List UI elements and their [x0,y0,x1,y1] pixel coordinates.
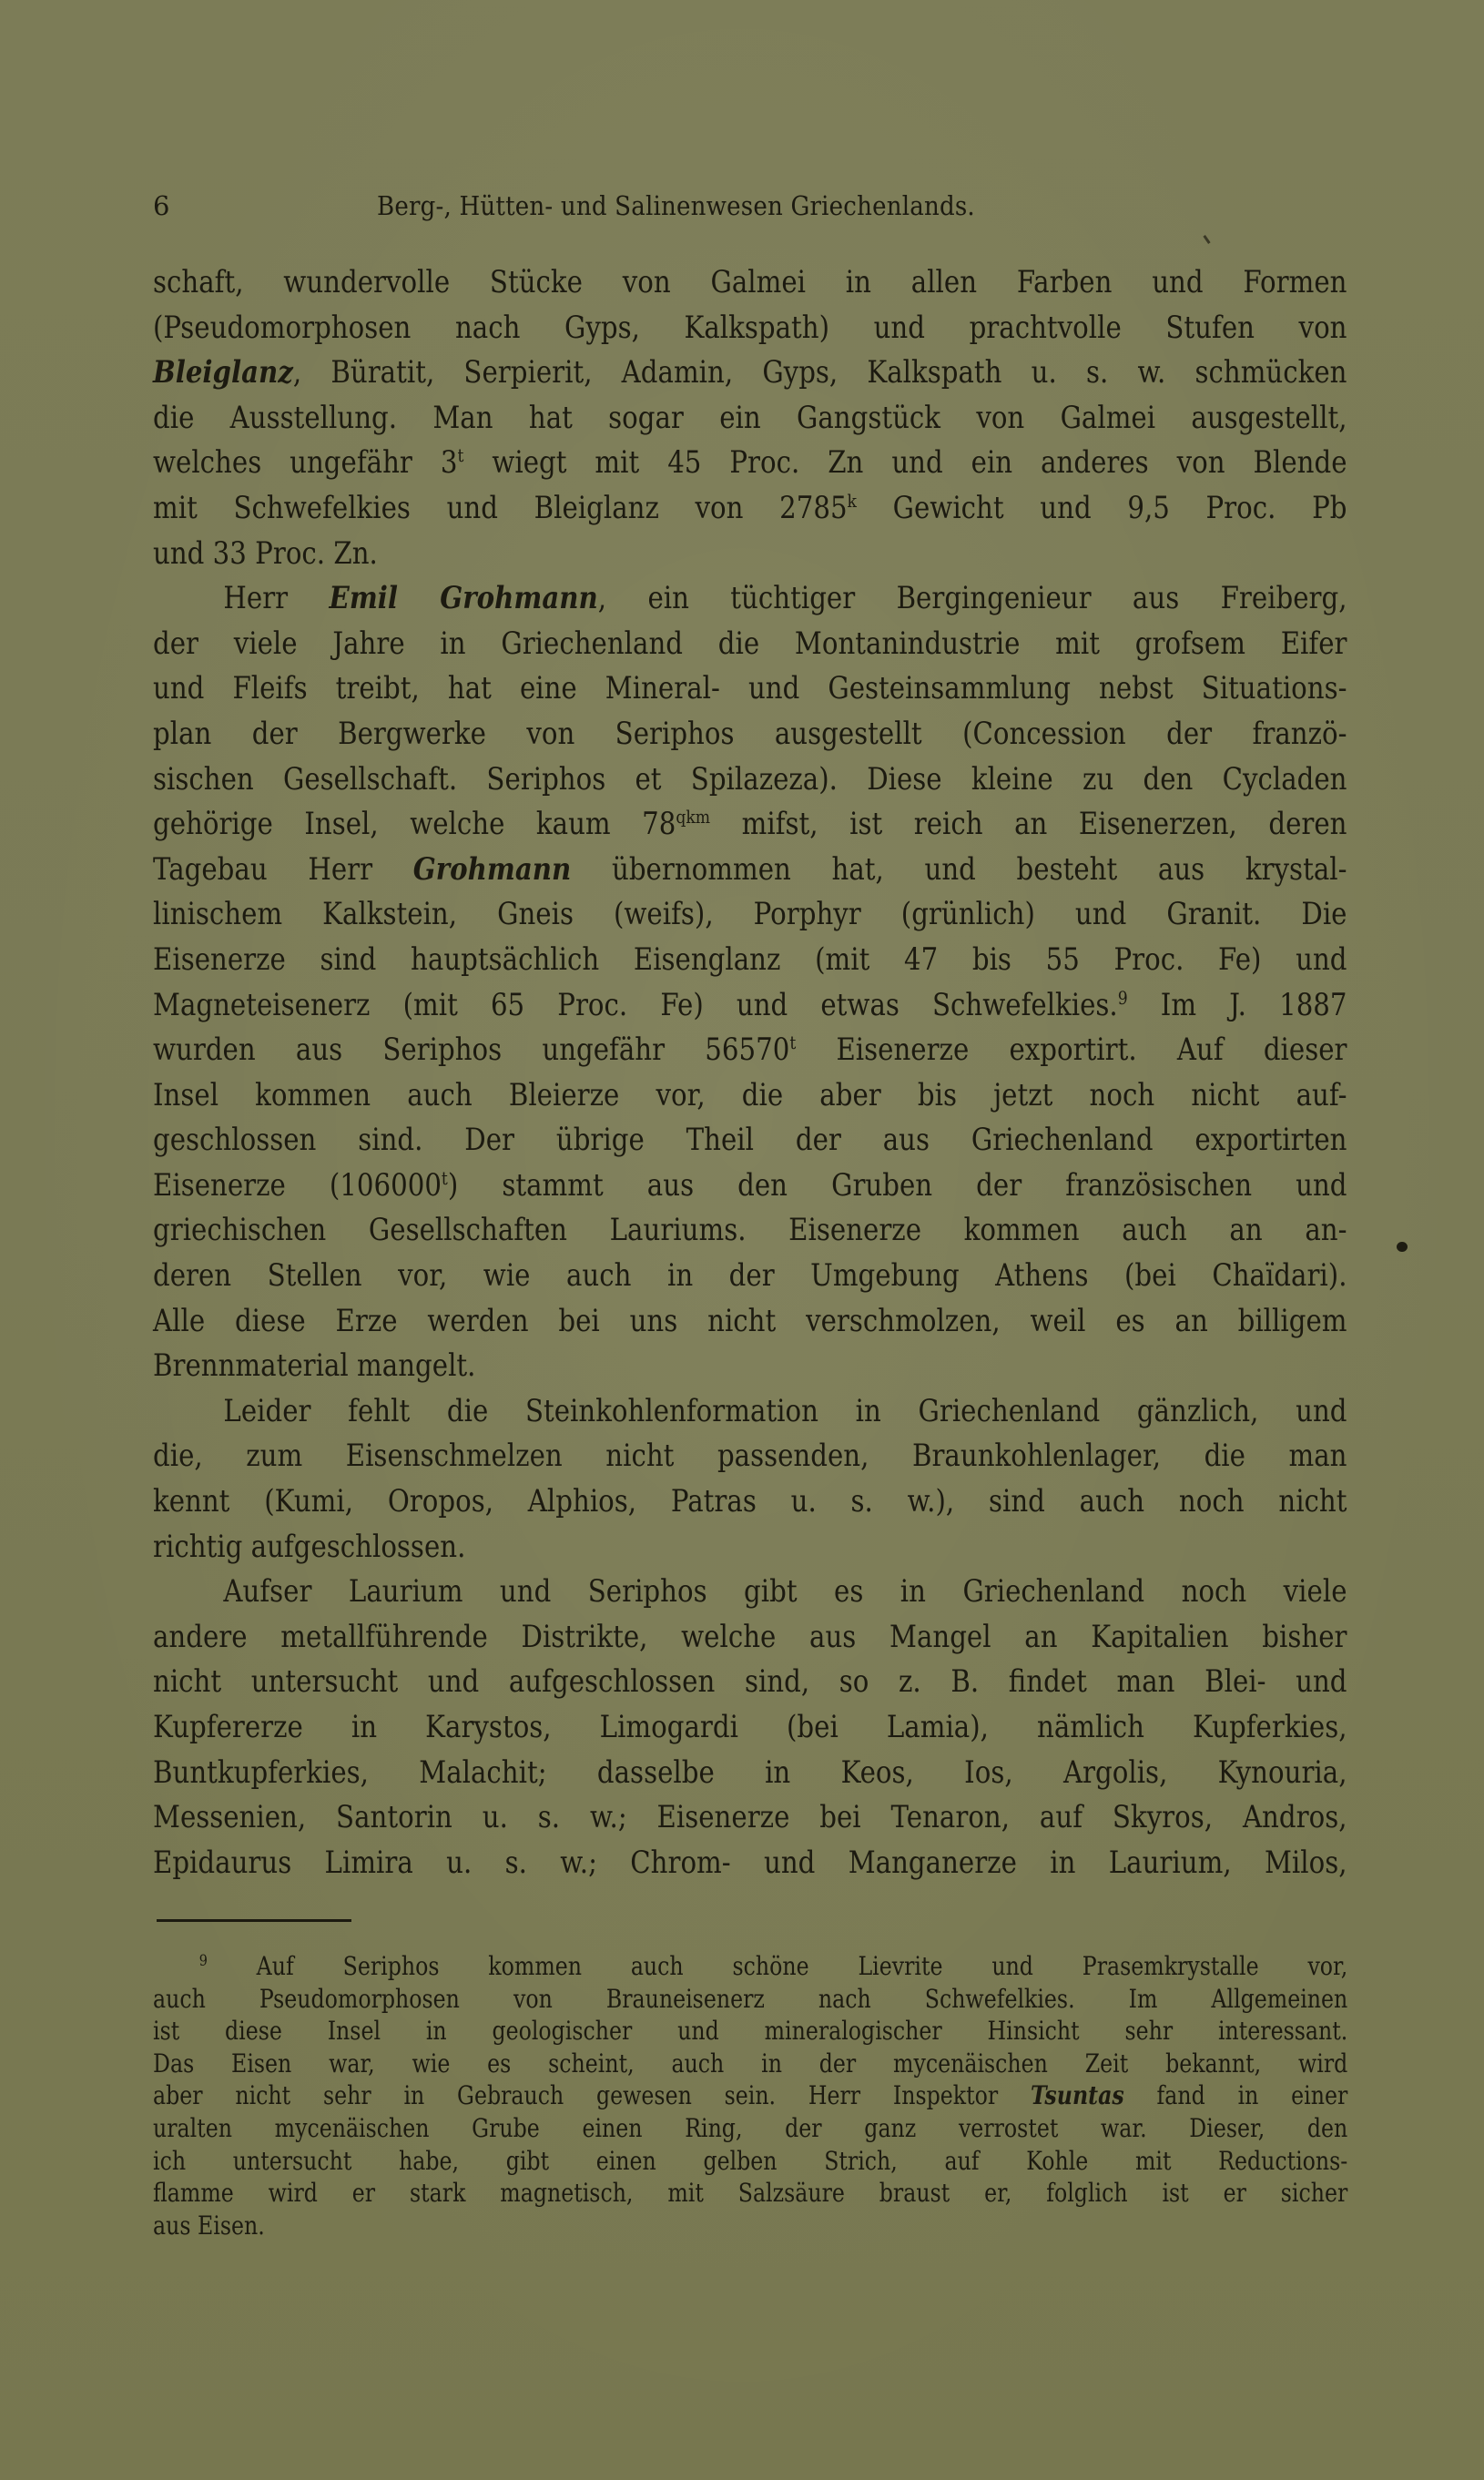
footnote-line: ich untersucht habe, gibt einen gelben S… [153,2145,1347,2178]
text-line: plan der Bergwerke von Seriphos ausgeste… [153,712,1347,757]
text-line: kennt (Kumi, Oropos, Alphios, Patras u. … [153,1479,1347,1525]
text-line: (Pseudomorphosen nach Gyps, Kalkspath) u… [153,306,1347,351]
footnote: 9 Auf Seriphos kommen auch schöne Lievri… [153,1950,1347,2241]
text-line: gehörige Insel, welche kaum 78qkm mifst,… [153,802,1347,848]
footnote-line: aber nicht sehr in Gebrauch gewesen sein… [153,2079,1347,2112]
footnote-line: flamme wird er stark magnetisch, mit Sal… [153,2177,1347,2210]
text-line: nicht untersucht und aufgeschlossen sind… [153,1660,1347,1705]
text-line: Alle diese Erze werden bei uns nicht ver… [153,1299,1347,1345]
footnote-marker: 9 [199,1952,208,1970]
text-line: deren Stellen vor, wie auch in der Umgeb… [153,1254,1347,1299]
footnote-line: aus Eisen. [153,2210,1347,2242]
footnote-divider [157,1919,351,1922]
text-line: Bleiglanz, Büratit, Serpierit, Adamin, G… [153,351,1347,396]
italic-term: Bleiglanz [153,354,293,391]
text-line: mit Schwefelkies und Bleiglanz von 2785k… [153,486,1347,532]
italic-name: Tsuntas [1031,2080,1124,2110]
footnote-line: Das Eisen war, wie es scheint, auch in d… [153,2048,1347,2080]
text-line: Brennmaterial mangelt. [153,1344,1347,1389]
text-line: Eisenerze (106000t) stammt aus den Grube… [153,1164,1347,1209]
text-line: Insel kommen auch Bleierze vor, die aber… [153,1073,1347,1119]
text-line: andere metallführende Distrikte, welche … [153,1615,1347,1661]
footnote-line: uralten mycenäischen Grube einen Ring, d… [153,2112,1347,2145]
text-line: Magneteisenerz (mit 65 Proc. Fe) und etw… [153,983,1347,1029]
text-line: schaft, wundervolle Stücke von Galmei in… [153,260,1347,306]
footnote-reference[interactable]: 9 [1118,987,1128,1009]
text-line: sischen Gesellschaft. Seriphos et Spilaz… [153,757,1347,803]
running-title: Berg-, Hütten- und Salinenwesen Griechen… [377,188,975,224]
text-line: und Fleifs treibt, hat eine Mineral- und… [153,666,1347,712]
paragraph-start: Aufser Laurium und Seriphos gibt es in G… [153,1570,1347,1615]
ink-speck [1397,1242,1408,1252]
print-mark [1203,235,1210,244]
footnote-line: ist diese Insel in geologischer und mine… [153,2015,1347,2048]
paragraph-start: Leider fehlt die Steinkohlenformation in… [153,1389,1347,1435]
paragraph-start: Herr Emil Grohmann, ein tüchtiger Bergin… [153,576,1347,622]
text-line: Buntkupferkies, Malachit; dasselbe in Ke… [153,1751,1347,1796]
text-line: die, zum Eisenschmelzen nicht passenden,… [153,1434,1347,1479]
footnote-line: 9 Auf Seriphos kommen auch schöne Lievri… [153,1950,1347,1983]
footnote-line: auch Pseudomorphosen von Brauneisenerz n… [153,1983,1347,2016]
text-line: griechischen Gesellschaften Lauriums. Ei… [153,1208,1347,1254]
page-number: 6 [153,188,170,224]
text-line: die Ausstellung. Man hat sogar ein Gangs… [153,396,1347,442]
text-line: und 33 Proc. Zn. [153,532,1347,577]
italic-name: Grohmann [413,851,572,888]
text-line: geschlossen sind. Der übrige Theil der a… [153,1118,1347,1164]
text-line: linischem Kalkstein, Gneis (weifs), Porp… [153,892,1347,938]
text-line: Eisenerze sind hauptsächlich Eisenglanz … [153,938,1347,983]
text-line: Epidaurus Limira u. s. w.; Chrom- und Ma… [153,1841,1347,1886]
text-line: wurden aus Seriphos ungefähr 56570t Eise… [153,1028,1347,1073]
text-line: Tagebau Herr Grohmann übernommen hat, un… [153,848,1347,893]
main-text: schaft, wundervolle Stücke von Galmei in… [153,260,1347,1885]
text-line: richtig aufgeschlossen. [153,1525,1347,1570]
text-line: Kupfererze in Karystos, Limogardi (bei L… [153,1705,1347,1751]
text-line: welches ungefähr 3t wiegt mit 45 Proc. Z… [153,441,1347,486]
text-line: Messenien, Santorin u. s. w.; Eisenerze … [153,1795,1347,1841]
running-head: 6 Berg-, Hütten- und Salinenwesen Griech… [153,188,1347,224]
text-line: der viele Jahre in Griechenland die Mont… [153,622,1347,667]
italic-name: Emil Grohmann [330,580,598,616]
